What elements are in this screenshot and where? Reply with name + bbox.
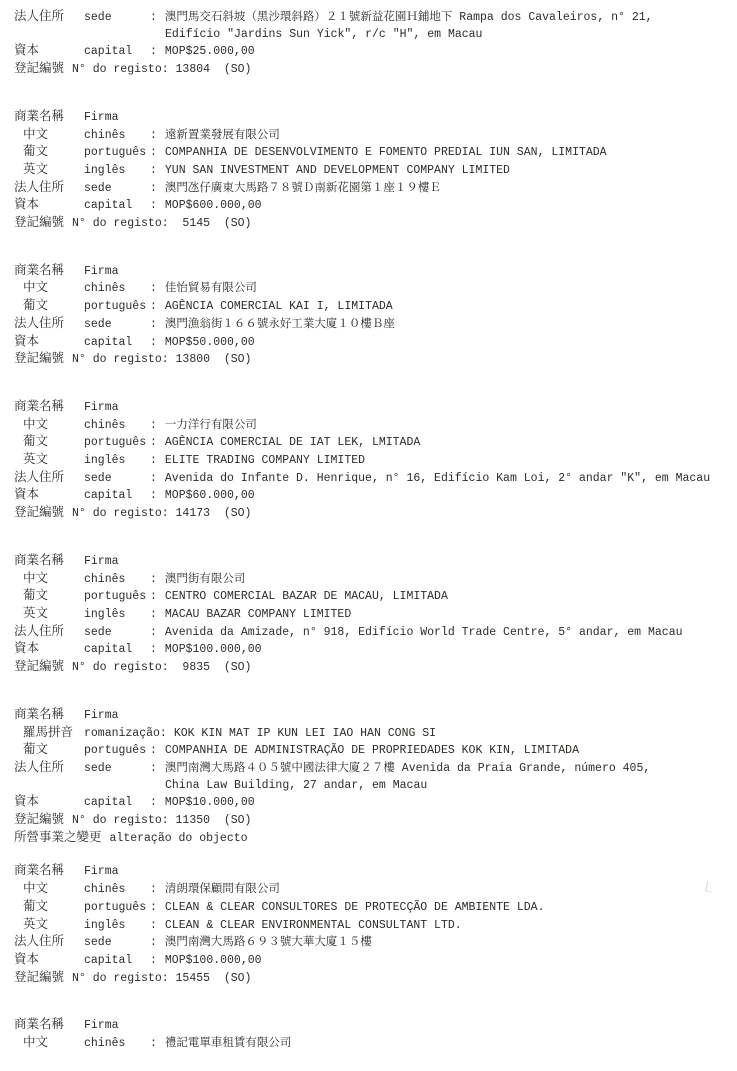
entry-row: 葡文português:CENTRO COMERCIAL BAZAR DE MA… bbox=[14, 588, 737, 606]
reg-label-zh: 登記編號 bbox=[14, 61, 72, 78]
field-label-pt: chinês bbox=[84, 281, 150, 298]
field-label-zh: 葡文 bbox=[14, 742, 84, 759]
field-value: 澳門馬交石斜坡（黑沙環斜路）２１號新益花園Ｈ鋪地下 Rampa dos Cava… bbox=[157, 10, 653, 27]
field-label-pt: chinês bbox=[84, 882, 150, 899]
colon-separator: : bbox=[150, 335, 157, 352]
field-value: 佳怡貿易有限公司 bbox=[157, 281, 257, 298]
field-label-pt: capital bbox=[84, 198, 150, 215]
entry-row: 葡文português:AGÊNCIA COMERCIAL DE IAT LEK… bbox=[14, 434, 737, 452]
field-value: CLEAN & CLEAR CONSULTORES DE PROTECÇÃO D… bbox=[157, 900, 545, 917]
field-value: CLEAN & CLEAR ENVIRONMENTAL CONSULTANT L… bbox=[157, 918, 462, 935]
entry-row-continuation: Edifício "Jardins Sun Yick", r/c "H", em… bbox=[14, 27, 737, 44]
firma-label-zh: 商業名稱 bbox=[14, 399, 84, 416]
reg-value: 11350 (SO) bbox=[169, 813, 252, 830]
field-value: CENTRO COMERCIAL BAZAR DE MACAU, LIMITAD… bbox=[157, 589, 448, 606]
entry-row: 商業名稱Firma bbox=[14, 863, 737, 881]
colon-separator: : bbox=[150, 471, 157, 488]
field-label-zh: 中文 bbox=[14, 1035, 84, 1052]
entry-row: 葡文português:COMPANHIA DE ADMINISTRAÇÃO D… bbox=[14, 742, 737, 760]
reg-label-zh: 登記編號 bbox=[14, 659, 72, 676]
entry-row: 商業名稱Firma bbox=[14, 553, 737, 571]
reg-label-zh: 登記編號 bbox=[14, 505, 72, 522]
field-label-zh: 中文 bbox=[14, 881, 84, 898]
section-heading-zh: 所營事業之變更 bbox=[14, 830, 102, 847]
field-label-zh: 中文 bbox=[14, 417, 84, 434]
field-label-pt: chinês bbox=[84, 572, 150, 589]
field-label-pt: português bbox=[84, 299, 150, 316]
entry-row: 登記編號N° do registo: 11350 (SO) bbox=[14, 812, 737, 830]
entry-row: 英文inglês:MACAU BAZAR COMPANY LIMITED bbox=[14, 606, 737, 624]
reg-value: 15455 (SO) bbox=[169, 971, 252, 988]
field-label-pt: capital bbox=[84, 795, 150, 812]
field-value: 澳門氹仔廣東大馬路７８號Ｄ南新花園第１座１９樓Ｅ bbox=[157, 181, 441, 198]
registry-entry: 商業名稱Firma中文chinês:禮記電單車租賃有限公司 bbox=[14, 1017, 737, 1052]
firma-label-zh: 商業名稱 bbox=[14, 553, 84, 570]
colon-separator: : bbox=[150, 317, 157, 334]
entry-row: 法人住所sede:澳門南灣大馬路４０５號中國法律大廈２７樓 Avenida da… bbox=[14, 760, 737, 778]
field-label-pt: sede bbox=[84, 471, 150, 488]
field-label-pt: português bbox=[84, 589, 150, 606]
reg-label-zh: 登記編號 bbox=[14, 351, 72, 368]
entry-row: 中文chinês:佳怡貿易有限公司 bbox=[14, 280, 737, 298]
field-label-zh: 資本 bbox=[14, 794, 84, 811]
entry-row: 法人住所sede:澳門漁翁街１６６號永好工業大廈１０樓Ｂ座 bbox=[14, 316, 737, 334]
reg-value: 14173 (SO) bbox=[169, 506, 252, 523]
field-value: ELITE TRADING COMPANY LIMITED bbox=[157, 453, 365, 470]
colon-separator: : bbox=[150, 128, 157, 145]
field-label-zh: 資本 bbox=[14, 487, 84, 504]
reg-value: 9835 (SO) bbox=[169, 660, 252, 677]
field-label-zh: 法人住所 bbox=[14, 624, 84, 641]
registry-entry: 商業名稱Firma中文chinês:澳門街有限公司葡文português:CEN… bbox=[14, 553, 737, 677]
entry-row: 登記編號N° do registo: 9835 (SO) bbox=[14, 659, 737, 677]
section-heading: 所營事業之變更 alteração do objecto bbox=[14, 830, 737, 848]
entry-row: 登記編號N° do registo: 14173 (SO) bbox=[14, 505, 737, 523]
entry-row: 商業名稱Firma bbox=[14, 263, 737, 281]
colon-separator: : bbox=[150, 625, 157, 642]
field-label-pt: inglês bbox=[84, 453, 150, 470]
registry-entry: 商業名稱Firma中文chinês:遠新置業發展有限公司葡文português:… bbox=[14, 109, 737, 233]
entry-row: 商業名稱Firma bbox=[14, 707, 737, 725]
colon-separator: : bbox=[150, 299, 157, 316]
colon-separator: : bbox=[150, 935, 157, 952]
colon-separator: : bbox=[150, 743, 157, 760]
entry-row: 資本capital:MOP$100.000,00 bbox=[14, 641, 737, 659]
firma-label-pt: Firma bbox=[84, 110, 150, 127]
field-label-zh: 法人住所 bbox=[14, 934, 84, 951]
field-label-pt: inglês bbox=[84, 918, 150, 935]
firma-label-pt: Firma bbox=[84, 400, 150, 417]
entry-row: 法人住所sede:Avenida da Amizade, n° 918, Edi… bbox=[14, 624, 737, 642]
reg-label-zh: 登記編號 bbox=[14, 215, 72, 232]
reg-label-pt: N° do registo: bbox=[72, 813, 169, 830]
colon-separator: : bbox=[150, 145, 157, 162]
field-label-zh: 法人住所 bbox=[14, 180, 84, 197]
field-value: 禮記電單車租賃有限公司 bbox=[157, 1036, 292, 1053]
reg-value: 13804 (SO) bbox=[169, 62, 252, 79]
field-value: 遠新置業發展有限公司 bbox=[157, 128, 280, 145]
field-label-pt: português bbox=[84, 145, 150, 162]
field-label-zh: 葡文 bbox=[14, 588, 84, 605]
entry-row: 資本capital:MOP$50.000,00 bbox=[14, 334, 737, 352]
colon-separator: : bbox=[150, 572, 157, 589]
entry-row: 資本capital:MOP$100.000,00 bbox=[14, 952, 737, 970]
field-label-pt: capital bbox=[84, 642, 150, 659]
reg-label-pt: N° do registo: bbox=[72, 506, 169, 523]
field-label-pt: sede bbox=[84, 10, 150, 27]
field-label-pt: sede bbox=[84, 761, 150, 778]
reg-label-pt: N° do registo: bbox=[72, 971, 169, 988]
colon-separator: : bbox=[150, 435, 157, 452]
entry-row: 葡文português:COMPANHIA DE DESENVOLVIMENTO… bbox=[14, 144, 737, 162]
colon-separator: : bbox=[150, 953, 157, 970]
entry-row: 中文chinês:一力洋行有限公司 bbox=[14, 417, 737, 435]
entry-row: 商業名稱Firma bbox=[14, 109, 737, 127]
field-label-pt: capital bbox=[84, 335, 150, 352]
colon-separator: : bbox=[150, 10, 157, 27]
colon-separator: : bbox=[150, 198, 157, 215]
field-label-pt: português bbox=[84, 900, 150, 917]
entry-row: 法人住所sede:澳門南灣大馬路６９３號大華大廈１５樓 bbox=[14, 934, 737, 952]
reg-label-zh: 登記編號 bbox=[14, 812, 72, 829]
field-label-zh: 中文 bbox=[14, 280, 84, 297]
colon-separator: : bbox=[150, 795, 157, 812]
field-value: MOP$100.000,00 bbox=[157, 953, 262, 970]
reg-label-pt: N° do registo: bbox=[72, 352, 169, 369]
registry-entry: 商業名稱Firma中文chinês:一力洋行有限公司葡文português:AG… bbox=[14, 399, 737, 523]
firma-label-pt: Firma bbox=[84, 264, 150, 281]
field-value: 澳門南灣大馬路４０５號中國法律大廈２７樓 Avenida da Praia Gr… bbox=[157, 761, 650, 778]
colon-separator: : bbox=[150, 642, 157, 659]
reg-value: 5145 (SO) bbox=[169, 216, 252, 233]
registry-entry: 法人住所sede:澳門馬交石斜坡（黑沙環斜路）２１號新益花園Ｈ鋪地下 Rampa… bbox=[14, 9, 737, 79]
field-value: MOP$600.000,00 bbox=[157, 198, 262, 215]
field-value: MACAU BAZAR COMPANY LIMITED bbox=[157, 607, 351, 624]
entry-row: 英文inglês:ELITE TRADING COMPANY LIMITED bbox=[14, 452, 737, 470]
field-label-pt: sede bbox=[84, 935, 150, 952]
field-value-continuation: China Law Building, 27 andar, em Macau bbox=[157, 778, 427, 795]
field-value: 一力洋行有限公司 bbox=[157, 418, 257, 435]
colon-separator: : bbox=[150, 163, 157, 180]
registry-document: 法人住所sede:澳門馬交石斜坡（黑沙環斜路）２１號新益花園Ｈ鋪地下 Rampa… bbox=[0, 0, 737, 1053]
field-value: MOP$25.000,00 bbox=[157, 44, 255, 61]
entry-row: 商業名稱Firma bbox=[14, 1017, 737, 1035]
field-label-pt: chinês bbox=[84, 1036, 150, 1053]
field-value: AGÊNCIA COMERCIAL DE IAT LEK, LMITADA bbox=[157, 435, 420, 452]
registry-entry: 商業名稱Firma中文chinês:佳怡貿易有限公司葡文português:AG… bbox=[14, 263, 737, 369]
entry-row: 中文chinês:禮記電單車租賃有限公司 bbox=[14, 1035, 737, 1053]
field-label-zh: 資本 bbox=[14, 197, 84, 214]
entry-row: 羅馬拼音romanização:KOK KIN MAT IP KUN LEI I… bbox=[14, 725, 737, 743]
field-label-zh: 葡文 bbox=[14, 899, 84, 916]
field-label-zh: 英文 bbox=[14, 162, 84, 179]
firma-label-zh: 商業名稱 bbox=[14, 263, 84, 280]
field-label-zh: 英文 bbox=[14, 917, 84, 934]
field-label-zh: 資本 bbox=[14, 43, 84, 60]
entry-row: 資本capital:MOP$10.000,00 bbox=[14, 794, 737, 812]
firma-label-pt: Firma bbox=[84, 708, 150, 725]
field-label-zh: 資本 bbox=[14, 334, 84, 351]
colon-separator: : bbox=[150, 761, 157, 778]
field-label-zh: 法人住所 bbox=[14, 760, 84, 777]
field-label-pt: capital bbox=[84, 488, 150, 505]
field-label-zh: 羅馬拼音 bbox=[14, 725, 84, 742]
field-value: COMPANHIA DE ADMINISTRAÇÃO DE PROPRIEDAD… bbox=[157, 743, 579, 760]
field-value: AGÊNCIA COMERCIAL KAI I, LIMITADA bbox=[157, 299, 393, 316]
field-label-zh: 資本 bbox=[14, 952, 84, 969]
field-label-zh: 法人住所 bbox=[14, 9, 84, 26]
field-value: MOP$100.000,00 bbox=[157, 642, 262, 659]
entry-row: 中文chinês:遠新置業發展有限公司 bbox=[14, 127, 737, 145]
field-label-pt: português bbox=[84, 435, 150, 452]
registry-entry: 商業名稱Firma中文chinês:清朗環保顧問有限公司葡文português:… bbox=[14, 863, 737, 987]
reg-value: 13800 (SO) bbox=[169, 352, 252, 369]
field-label-pt: sede bbox=[84, 181, 150, 198]
firma-label-pt: Firma bbox=[84, 1018, 150, 1035]
entry-row: 資本capital:MOP$600.000,00 bbox=[14, 197, 737, 215]
entry-row: 登記編號N° do registo: 13804 (SO) bbox=[14, 61, 737, 79]
entry-row: 中文chinês:清朗環保顧問有限公司 bbox=[14, 881, 737, 899]
reg-label-pt: N° do registo: bbox=[72, 216, 169, 233]
field-value: 清朗環保顧問有限公司 bbox=[157, 882, 280, 899]
colon-separator: : bbox=[150, 900, 157, 917]
entries-after-heading: 商業名稱Firma中文chinês:清朗環保顧問有限公司葡文português:… bbox=[14, 863, 737, 1052]
field-label-pt: chinês bbox=[84, 418, 150, 435]
colon-separator: : bbox=[150, 418, 157, 435]
field-label-pt: inglês bbox=[84, 163, 150, 180]
colon-separator: : bbox=[150, 589, 157, 606]
firma-label-zh: 商業名稱 bbox=[14, 863, 84, 880]
firma-label-zh: 商業名稱 bbox=[14, 109, 84, 126]
entry-row: 登記編號N° do registo: 15455 (SO) bbox=[14, 970, 737, 988]
entry-row: 法人住所sede:澳門氹仔廣東大馬路７８號Ｄ南新花園第１座１９樓Ｅ bbox=[14, 180, 737, 198]
firma-label-pt: Firma bbox=[84, 554, 150, 571]
field-label-zh: 葡文 bbox=[14, 434, 84, 451]
entry-row: 資本capital:MOP$60.000,00 bbox=[14, 487, 737, 505]
field-value: 澳門南灣大馬路６９３號大華大廈１５樓 bbox=[157, 935, 372, 952]
colon-separator: : bbox=[150, 281, 157, 298]
colon-separator: : bbox=[150, 882, 157, 899]
field-label-pt: sede bbox=[84, 625, 150, 642]
firma-label-zh: 商業名稱 bbox=[14, 1017, 84, 1034]
field-label-pt: inglês bbox=[84, 607, 150, 624]
field-label-zh: 英文 bbox=[14, 452, 84, 469]
entry-row: 商業名稱Firma bbox=[14, 399, 737, 417]
registry-entry: 商業名稱Firma羅馬拼音romanização:KOK KIN MAT IP … bbox=[14, 707, 737, 830]
colon-separator: : bbox=[150, 453, 157, 470]
field-value: KOK KIN MAT IP KUN LEI IAO HAN CONG SI bbox=[167, 726, 436, 743]
field-label-zh: 資本 bbox=[14, 641, 84, 658]
field-label-pt: chinês bbox=[84, 128, 150, 145]
entry-row: 資本capital:MOP$25.000,00 bbox=[14, 43, 737, 61]
entry-row: 中文chinês:澳門街有限公司 bbox=[14, 571, 737, 589]
field-label-zh: 英文 bbox=[14, 606, 84, 623]
entry-row: 法人住所sede:澳門馬交石斜坡（黑沙環斜路）２１號新益花園Ｈ鋪地下 Rampa… bbox=[14, 9, 737, 27]
field-label-zh: 中文 bbox=[14, 571, 84, 588]
field-value-continuation: Edifício "Jardins Sun Yick", r/c "H", em… bbox=[157, 27, 482, 44]
field-label-zh: 中文 bbox=[14, 127, 84, 144]
field-value: MOP$10.000,00 bbox=[157, 795, 255, 812]
entry-row: 登記編號N° do registo: 5145 (SO) bbox=[14, 215, 737, 233]
colon-separator: : bbox=[150, 44, 157, 61]
entry-row: 英文inglês:YUN SAN INVESTMENT AND DEVELOPM… bbox=[14, 162, 737, 180]
field-value: 澳門街有限公司 bbox=[157, 572, 246, 589]
field-label-zh: 葡文 bbox=[14, 144, 84, 161]
firma-label-pt: Firma bbox=[84, 864, 150, 881]
reg-label-zh: 登記編號 bbox=[14, 970, 72, 987]
entry-row-continuation: China Law Building, 27 andar, em Macau bbox=[14, 778, 737, 795]
section-heading-pt: alteração do objecto bbox=[102, 831, 248, 848]
field-label-zh: 葡文 bbox=[14, 298, 84, 315]
field-label-pt: romanização: bbox=[84, 726, 167, 743]
field-label-pt: português bbox=[84, 743, 150, 760]
field-label-pt: capital bbox=[84, 953, 150, 970]
field-label-zh: 法人住所 bbox=[14, 470, 84, 487]
firma-label-zh: 商業名稱 bbox=[14, 707, 84, 724]
field-value: 澳門漁翁街１６６號永好工業大廈１０樓Ｂ座 bbox=[157, 317, 395, 334]
field-label-pt: capital bbox=[84, 44, 150, 61]
entry-row: 法人住所sede:Avenida do Infante D. Henrique,… bbox=[14, 470, 737, 488]
entry-row: 登記編號N° do registo: 13800 (SO) bbox=[14, 351, 737, 369]
colon-separator: : bbox=[150, 488, 157, 505]
field-value: MOP$60.000,00 bbox=[157, 488, 255, 505]
reg-label-pt: N° do registo: bbox=[72, 660, 169, 677]
entry-row: 英文inglês:CLEAN & CLEAR ENVIRONMENTAL CON… bbox=[14, 917, 737, 935]
field-label-zh: 法人住所 bbox=[14, 316, 84, 333]
field-value: YUN SAN INVESTMENT AND DEVELOPMENT COMPA… bbox=[157, 163, 510, 180]
colon-separator: : bbox=[150, 607, 157, 624]
reg-label-pt: N° do registo: bbox=[72, 62, 169, 79]
colon-separator: : bbox=[150, 181, 157, 198]
field-value: Avenida do Infante D. Henrique, n° 16, E… bbox=[157, 471, 710, 488]
colon-separator: : bbox=[150, 918, 157, 935]
field-value: MOP$50.000,00 bbox=[157, 335, 255, 352]
entry-row: 葡文português:CLEAN & CLEAR CONSULTORES DE… bbox=[14, 899, 737, 917]
document-page: { "page": { "background": "#ffffff", "te… bbox=[0, 0, 737, 1071]
field-value: Avenida da Amizade, n° 918, Edifício Wor… bbox=[157, 625, 683, 642]
entry-row: 葡文português:AGÊNCIA COMERCIAL KAI I, LIM… bbox=[14, 298, 737, 316]
field-value: COMPANHIA DE DESENVOLVIMENTO E FOMENTO P… bbox=[157, 145, 607, 162]
colon-separator: : bbox=[150, 1036, 157, 1053]
entries-before-heading: 法人住所sede:澳門馬交石斜坡（黑沙環斜路）２１號新益花園Ｈ鋪地下 Rampa… bbox=[14, 9, 737, 830]
field-label-pt: sede bbox=[84, 317, 150, 334]
